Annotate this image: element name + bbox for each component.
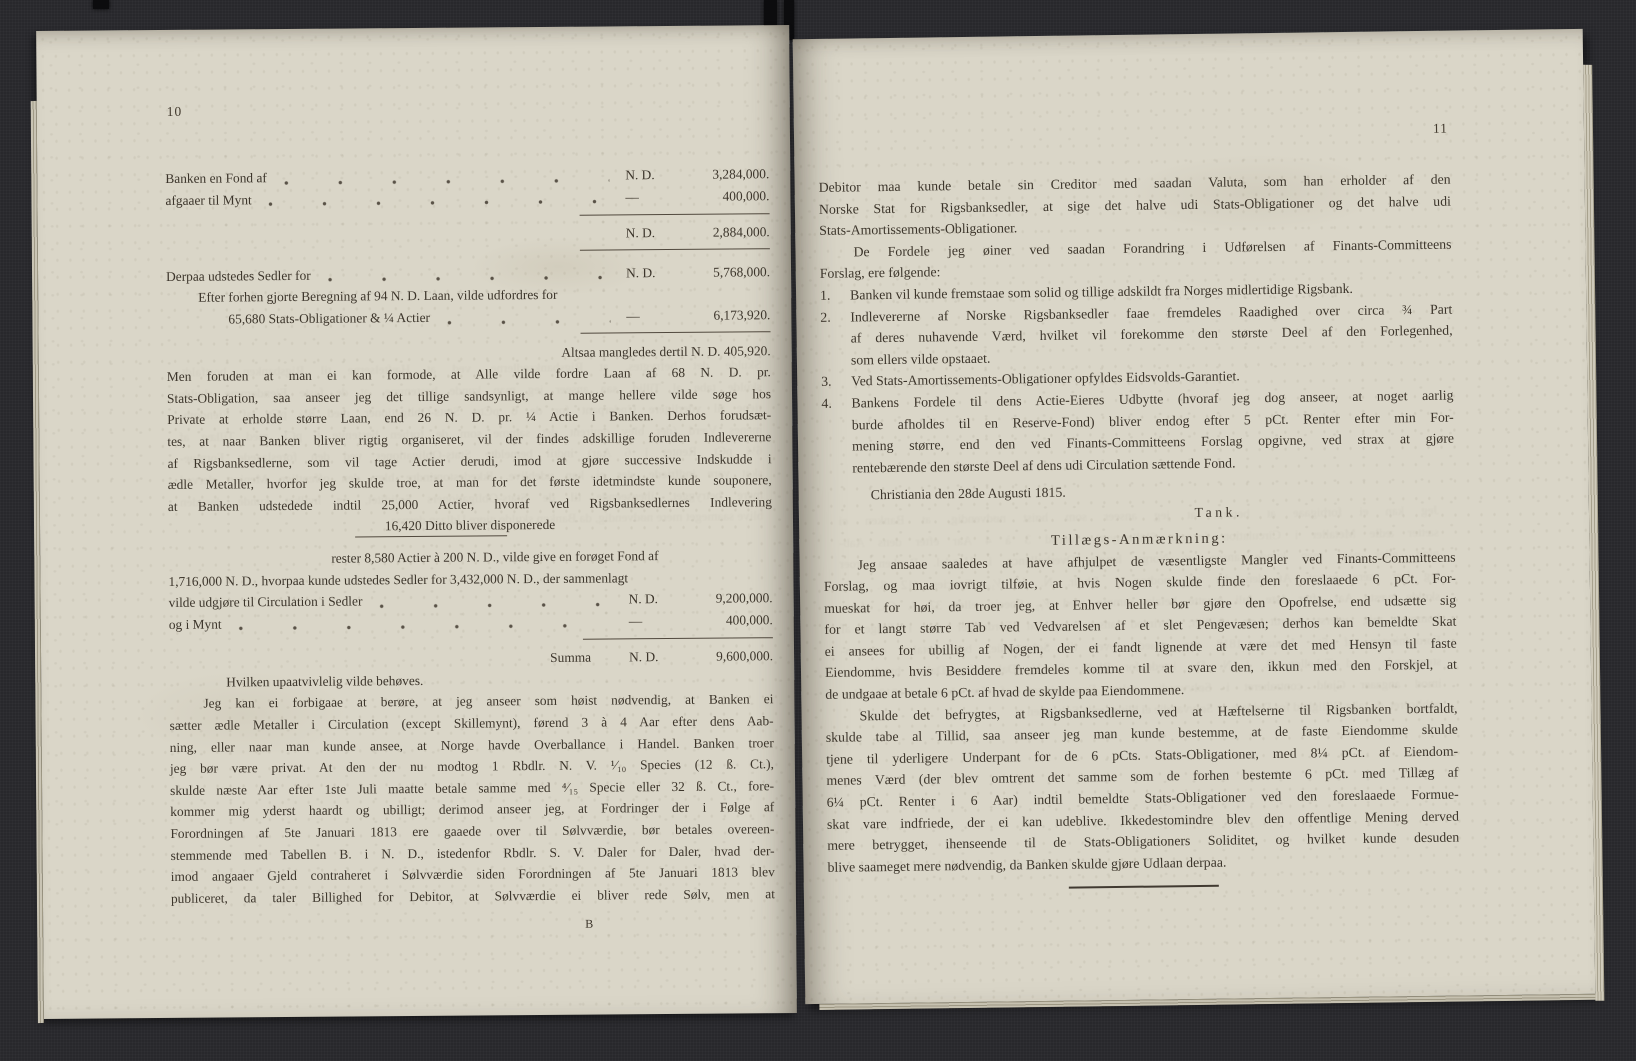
list-item: 4. Bankens Fordele til dens Actie-Eieres…	[821, 385, 1454, 480]
amount-value: 9,200,000.	[681, 587, 773, 609]
list-number: 3.	[821, 371, 851, 393]
amount-value: 400,000.	[681, 609, 773, 631]
amount-currency: —	[626, 305, 678, 327]
account-label: afgaaer til Mynt	[165, 189, 251, 211]
right-page: Jeg kan ei forbigaae at berøre, at jeg a…	[793, 29, 1596, 1004]
amount-value: 6,173,920.	[678, 304, 770, 326]
amount-value: 3,284,000.	[677, 163, 769, 185]
dot-leader	[446, 312, 611, 328]
dot-leader	[327, 269, 610, 286]
account-label: 65,680 Stats-Obligationer & ¼ Actier	[228, 307, 430, 330]
sum-rule	[580, 248, 770, 250]
account-label: og i Mynt	[169, 613, 222, 635]
account-total-row: N. D. 2,884,000.	[166, 221, 770, 247]
amount-value: 2,884,000.	[678, 221, 770, 243]
amount-currency: —	[629, 610, 681, 632]
paragraph: Jeg ansaae saaledes at have afhjulpet de…	[823, 546, 1457, 705]
paragraph: Skulde det befrygtes, at Rigsbanksedlern…	[825, 697, 1459, 878]
amount-currency: —	[625, 186, 677, 208]
signature-mark: B	[585, 914, 775, 933]
list-item-text: Bankens Fordele til dens Actie-Eieres Ud…	[851, 385, 1454, 479]
book-photograph: Skulde det befrygtes, at Rigsbanksedlern…	[0, 0, 1636, 1061]
right-page-content: 11 Debitor maa kunde betale sin Creditor…	[817, 31, 1460, 893]
account-label: vilde udgjøre til Circulation i Sedler	[169, 591, 363, 614]
dot-leader	[238, 617, 613, 635]
sum-rule	[583, 637, 773, 639]
dot-leader	[378, 595, 612, 612]
left-page: Skulde det befrygtes, at Rigsbanksedlern…	[36, 25, 797, 1019]
list-item-text: Indlevererne af Norske Rigsbanksedler fa…	[850, 298, 1453, 371]
amount-currency: N. D.	[625, 164, 677, 186]
amount-currency: N. D.	[629, 588, 681, 610]
left-page-content: 10 Banken en Fond af N. D. 3,284,000. af…	[164, 25, 775, 936]
text-line: 16,420 Ditto bliver disponerede	[385, 517, 555, 533]
page-number: 10	[167, 104, 183, 120]
amount-value: 9,600,000.	[681, 645, 773, 667]
list-number: 2.	[820, 306, 851, 371]
paragraph: Men foruden at man ei kan formode, at Al…	[167, 361, 772, 517]
paragraph: Debitor maa kunde betale sin Creditor me…	[819, 169, 1452, 242]
account-label: Derpaa udstedes Sedler for	[166, 265, 311, 288]
page-number: 11	[1388, 121, 1448, 138]
account-label: Banken en Fond af	[165, 167, 267, 189]
amount-value: 400,000.	[677, 185, 769, 207]
paragraph: Jeg kan ei forbigaae at berøre, at jeg a…	[169, 689, 775, 910]
amount-currency: N. D.	[626, 222, 678, 244]
spacer	[591, 647, 629, 669]
list-number: 1.	[820, 284, 850, 306]
dot-leader	[268, 193, 610, 211]
list-item: 2. Indlevererne af Norske Rigsbanksedler…	[820, 298, 1453, 371]
list-number: 4.	[821, 392, 852, 479]
account-row: 65,680 Stats-Obligationer & ¼ Actier — 6…	[166, 304, 770, 330]
ditto-rule	[355, 536, 507, 538]
amount-value: 5,768,000.	[678, 261, 770, 283]
sum-rule	[580, 213, 770, 215]
end-rule	[1069, 885, 1219, 889]
dot-leader	[283, 171, 610, 189]
amount-currency: N. D.	[629, 646, 681, 668]
binding-ribbon	[93, 0, 109, 9]
sum-rule	[581, 331, 771, 333]
amount-currency: N. D.	[626, 262, 678, 284]
summa-label: Summa	[550, 647, 591, 669]
ditto-line: 16,420 Ditto bliver disponerede	[168, 513, 772, 539]
text-line: publiceret, da taler Billighed for Debit…	[171, 883, 775, 909]
